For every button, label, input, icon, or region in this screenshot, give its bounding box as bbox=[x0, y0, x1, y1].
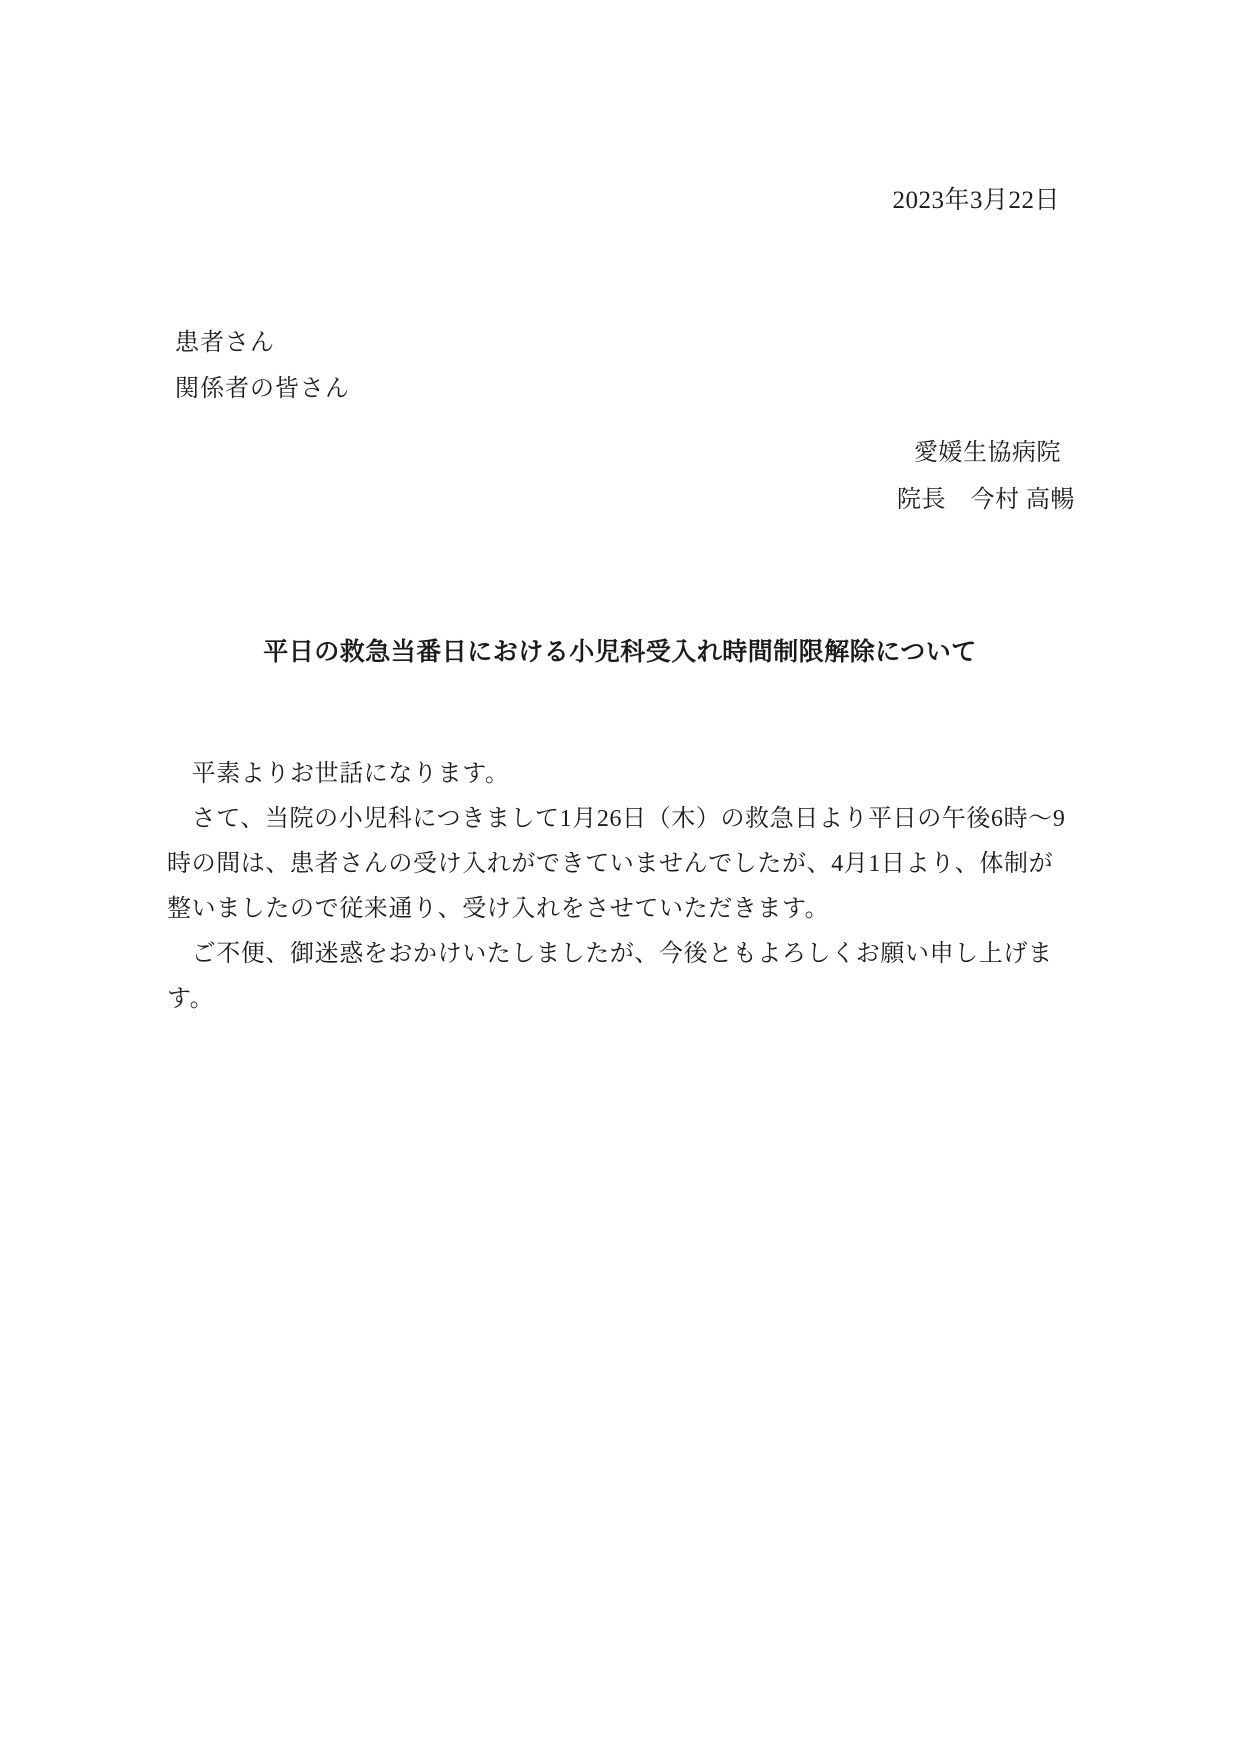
body-line: 整いましたので従来通り、受け入れをさせていただきます。 bbox=[167, 887, 1090, 932]
document-page: 2023年3月22日 患者さん 関係者の皆さん 愛媛生協病院 院長 今村 高暢 … bbox=[0, 0, 1240, 1754]
body-line: 平素よりお世話になります。 bbox=[167, 752, 1090, 797]
document-date: 2023年3月22日 bbox=[165, 184, 1060, 218]
document-body: 平素よりお世話になります。 さて、当院の小児科につきまして1月26日（木）の救急… bbox=[167, 752, 1090, 1022]
document-subject-title: 平日の救急当番日における小児科受入れ時間制限解除について bbox=[80, 636, 1160, 670]
body-line: ご不便、御迷惑をおかけいたしましたが、今後ともよろしくお願い申し上げま bbox=[167, 932, 1090, 977]
recipient-line-related-persons: 関係者の皆さん bbox=[175, 366, 350, 412]
body-line: さて、当院の小児科につきまして1月26日（木）の救急日より平日の午後6時〜9 bbox=[167, 797, 1090, 842]
body-line: 時の間は、患者さんの受け入れができていませんでしたが、4月1日より、体制が bbox=[167, 842, 1090, 887]
recipient-block: 患者さん 関係者の皆さん bbox=[175, 320, 350, 412]
sender-organization: 愛媛生協病院 bbox=[897, 430, 1075, 477]
recipient-line-patients: 患者さん bbox=[175, 320, 350, 366]
sender-block: 愛媛生協病院 院長 今村 高暢 bbox=[897, 430, 1075, 524]
body-line: す。 bbox=[167, 977, 1090, 1022]
sender-director-name: 院長 今村 高暢 bbox=[897, 477, 1075, 524]
